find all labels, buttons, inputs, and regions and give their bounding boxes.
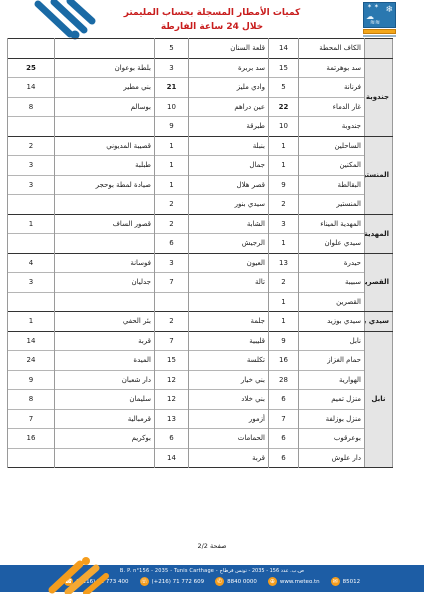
call-center-icon: ✆ (215, 577, 224, 586)
station-name-cell: المهدية الميناء (299, 214, 365, 234)
station-name-cell: سيدي علوان (299, 234, 365, 254)
station-name-cell: قربة (189, 448, 269, 468)
rainfall-value-cell: 1 (155, 175, 189, 195)
rainfall-value-cell: 28 (269, 370, 299, 390)
region-cell: المهدية (365, 214, 393, 253)
rainfall-value-cell: 6 (269, 448, 299, 468)
station-name-cell: سيدي بنور (189, 195, 269, 215)
station-name-cell: منزل بوزلفة (299, 409, 365, 429)
rainfall-value-cell: 8 (8, 97, 55, 117)
table-row: المهديةالمهدية الميناء3الشابة2قصور الساف… (8, 214, 393, 234)
rainfall-value-cell (8, 234, 55, 254)
emblem-orange-band (363, 29, 396, 34)
rainfall-value-cell: 7 (269, 409, 299, 429)
rainfall-value-cell: 3 (269, 214, 299, 234)
table-row: القصرين1 (8, 292, 393, 312)
fax-icon: ☏ (140, 577, 149, 586)
station-name-cell: سد بوهرتمة (299, 58, 365, 78)
table-row: البقالطة9قصر هلال1صيادة لمطة بوحجر3 (8, 175, 393, 195)
table-row: دار علوش6قربة14 (8, 448, 393, 468)
station-name-cell: بئر الحفي (55, 312, 155, 332)
stars-icon: ✶ ✶ (367, 4, 379, 10)
region-cell: جندوبة (365, 58, 393, 136)
region-cell: القصرين (365, 253, 393, 312)
station-name-cell: سد بربرة (189, 58, 269, 78)
station-name-cell: العيون (189, 253, 269, 273)
footer-contact-text: (+216) 71 772 609 (152, 579, 205, 585)
table-row: سبيبة2تالة7جدليان3 (8, 273, 393, 293)
table-row: منزل بوزلفة7أزمور13قرمبالية7 (8, 409, 393, 429)
rainfall-value-cell: 6 (155, 234, 189, 254)
rainfall-value-cell: 9 (269, 331, 299, 351)
footer-contact-text: 8840 0000 (227, 579, 257, 585)
rainfall-table-body: الكاف المحطة14قلعة السنان5جندوبةسد بوهرت… (8, 39, 393, 468)
title-line-1: كميات الأمطار المسجلة بحساب المليمتر (80, 7, 344, 21)
station-name-cell: بني خلاد (189, 390, 269, 410)
station-name-cell: منزل تميم (299, 390, 365, 410)
table-row: سيدي بوزيدسيدي بوزيد1جلمة2بئر الحفي1 (8, 312, 393, 332)
rainfall-value-cell: 9 (155, 117, 189, 137)
station-name-cell: قرمبالية (55, 409, 155, 429)
rainfall-value-cell: 2 (269, 273, 299, 293)
rainfall-value-cell: 12 (155, 370, 189, 390)
station-name-cell: أزمور (189, 409, 269, 429)
table-row: نابلنابل9قليبية7قربة14 (8, 331, 393, 351)
rainfall-value-cell: 2 (155, 214, 189, 234)
station-name-cell: بوسالم (55, 97, 155, 117)
table-row: بوعرقوب6الحمامات6بوكريم16 (8, 429, 393, 449)
inm-emblem-logo: ✶ ✶ ❄ ☁ ≋≋ (363, 2, 396, 42)
station-name-cell: الكاف المحطة (299, 39, 365, 59)
rainfall-value-cell: 2 (269, 195, 299, 215)
station-name-cell: القصرين (299, 292, 365, 312)
rainfall-value-cell: 8 (8, 390, 55, 410)
station-name-cell: طبلبة (55, 156, 155, 176)
rainfall-value-cell: 1 (8, 312, 55, 332)
station-name-cell: بوعرقوب (299, 429, 365, 449)
rainfall-value-cell: 15 (269, 58, 299, 78)
table-row: غار الدماء22عين دراهم10بوسالم8 (8, 97, 393, 117)
station-name-cell: وادي مليز (189, 78, 269, 98)
waves-icon: ≋≋ (370, 20, 380, 26)
station-name-cell: حمام الغزاز (299, 351, 365, 371)
rainfall-value-cell: 1 (269, 312, 299, 332)
region-cell (365, 39, 393, 59)
region-cell: سيدي بوزيد (365, 312, 393, 332)
bulletin-page: كميات الأمطار المسجلة بحساب المليمتر خلا… (0, 0, 424, 600)
station-name-cell: الساحلين (299, 136, 365, 156)
rainfall-value-cell: 3 (155, 58, 189, 78)
station-name-cell (55, 292, 155, 312)
station-name-cell: سيدي بوزيد (299, 312, 365, 332)
rainfall-value-cell: 5 (269, 78, 299, 98)
footer-contact-text: www.meteo.tn (280, 579, 320, 585)
rainfall-value-cell: 13 (269, 253, 299, 273)
footer-contact-item: ☏(+216) 71 772 609 (140, 577, 205, 586)
rainfall-value-cell: 6 (269, 390, 299, 410)
rainfall-value-cell: 22 (269, 97, 299, 117)
rainfall-table: الكاف المحطة14قلعة السنان5جندوبةسد بوهرت… (7, 38, 393, 468)
station-name-cell: الحمامات (189, 429, 269, 449)
rainfall-value-cell: 16 (8, 429, 55, 449)
table-row: جندوبة10طبرقة9 (8, 117, 393, 137)
station-name-cell: جندوبة (299, 117, 365, 137)
station-name-cell: تكلسة (189, 351, 269, 371)
station-name-cell: تالة (189, 273, 269, 293)
station-name-cell: بنبلة (189, 136, 269, 156)
rainfall-value-cell: 3 (8, 273, 55, 293)
region-cell: المنستير (365, 136, 393, 214)
rainfall-value-cell (8, 448, 55, 468)
station-name-cell: قصور الساف (55, 214, 155, 234)
rainfall-value-cell: 3 (8, 156, 55, 176)
station-name-cell: عين دراهم (189, 97, 269, 117)
footer-contact-item: ✉85012 (331, 577, 361, 586)
footer-contact-item: ⊕www.meteo.tn (268, 577, 320, 586)
station-name-cell: نابل (299, 331, 365, 351)
rainfall-value-cell: 10 (269, 117, 299, 137)
footer-contact-item: ✆8840 0000 (215, 577, 257, 586)
rainfall-value-cell (8, 292, 55, 312)
rainfall-value-cell: 12 (155, 390, 189, 410)
rainfall-value-cell (8, 195, 55, 215)
rainfall-value-cell: 7 (155, 273, 189, 293)
rainfall-value-cell: 2 (155, 195, 189, 215)
postal-icon: ✉ (331, 577, 340, 586)
rainfall-value-cell: 4 (8, 253, 55, 273)
rainfall-value-cell: 25 (8, 58, 55, 78)
table-row: سيدي علوان1الرجيش6 (8, 234, 393, 254)
station-name-cell: الهوارية (299, 370, 365, 390)
rainfall-value-cell: 6 (155, 429, 189, 449)
rainfall-value-cell: 1 (269, 234, 299, 254)
snowflake-icon: ❄ (385, 6, 393, 15)
station-name-cell: الميدة (55, 351, 155, 371)
rainfall-value-cell: 14 (155, 448, 189, 468)
station-name-cell (189, 292, 269, 312)
table-row: فرنانة5وادي مليز21بني مطير14 (8, 78, 393, 98)
rainfall-value-cell: 5 (155, 39, 189, 59)
region-cell: نابل (365, 331, 393, 468)
rainfall-value-cell: 1 (269, 156, 299, 176)
rainfall-value-cell: 9 (269, 175, 299, 195)
station-name-cell: جمال (189, 156, 269, 176)
station-name-cell: المنستير (299, 195, 365, 215)
rainfall-value-cell: 21 (155, 78, 189, 98)
table-row: حمام الغزاز16تكلسة15الميدة24 (8, 351, 393, 371)
emblem-caption-strip (363, 35, 396, 37)
station-name-cell: دار علوش (299, 448, 365, 468)
station-name-cell: غار الدماء (299, 97, 365, 117)
table-row: الهوارية28بني خيار12دار شعبان9 (8, 370, 393, 390)
rainfall-value-cell: 15 (155, 351, 189, 371)
rainfall-value-cell: 1 (8, 214, 55, 234)
station-name-cell: الشابة (189, 214, 269, 234)
rainfall-value-cell: 3 (8, 175, 55, 195)
table-row: القصرينحيدرة13العيون3فوسانة4 (8, 253, 393, 273)
table-row: المنستيرالساحلين1بنبلة1قصيبة المديوني2 (8, 136, 393, 156)
station-name-cell: حيدرة (299, 253, 365, 273)
station-name-cell: قربة (55, 331, 155, 351)
station-name-cell: بلطة بوعوان (55, 58, 155, 78)
station-name-cell (55, 39, 155, 59)
table-row: منزل تميم6بني خلاد12سليمان8 (8, 390, 393, 410)
rainfall-value-cell: 1 (155, 136, 189, 156)
station-name-cell: قصيبة المديوني (55, 136, 155, 156)
footer-contact-text: 85012 (343, 579, 361, 585)
rainfall-value-cell: 9 (8, 370, 55, 390)
rainfall-value-cell: 1 (155, 156, 189, 176)
page-number: صفحة 2/2 (0, 542, 424, 550)
station-name-cell: طبرقة (189, 117, 269, 137)
station-name-cell: قصر هلال (189, 175, 269, 195)
table-row: المنستير2سيدي بنور2 (8, 195, 393, 215)
rainfall-value-cell: 6 (269, 429, 299, 449)
station-name-cell: قلعة السنان (189, 39, 269, 59)
station-name-cell: جلمة (189, 312, 269, 332)
globe-icon: ⊕ (268, 577, 277, 586)
station-name-cell: فوسانة (55, 253, 155, 273)
emblem-illustration-icon: ✶ ✶ ❄ ☁ ≋≋ (363, 2, 396, 28)
table-row: جندوبةسد بوهرتمة15سد بربرة3بلطة بوعوان25 (8, 58, 393, 78)
station-name-cell: البقالطة (299, 175, 365, 195)
rainfall-value-cell: 7 (8, 409, 55, 429)
table-row: المكنين1جمال1طبلبة3 (8, 156, 393, 176)
table-row: الكاف المحطة14قلعة السنان5 (8, 39, 393, 59)
station-name-cell: صيادة لمطة بوحجر (55, 175, 155, 195)
rainfall-value-cell: 1 (269, 136, 299, 156)
station-name-cell: الرجيش (189, 234, 269, 254)
station-name-cell: المكنين (299, 156, 365, 176)
station-name-cell: بني مطير (55, 78, 155, 98)
rainfall-value-cell: 14 (8, 78, 55, 98)
station-name-cell (55, 117, 155, 137)
rainfall-value-cell: 16 (269, 351, 299, 371)
rainfall-value-cell: 2 (155, 312, 189, 332)
rainfall-value-cell: 14 (8, 331, 55, 351)
station-name-cell: جدليان (55, 273, 155, 293)
page-title: كميات الأمطار المسجلة بحساب المليمتر خلا… (80, 7, 344, 35)
rainfall-value-cell: 3 (155, 253, 189, 273)
station-name-cell: بوكريم (55, 429, 155, 449)
rainfall-value-cell (8, 117, 55, 137)
title-line-2: خلال 24 ساعة الفارطة (80, 21, 344, 35)
station-name-cell: فرنانة (299, 78, 365, 98)
station-name-cell (55, 234, 155, 254)
rainfall-value-cell: 14 (269, 39, 299, 59)
station-name-cell (55, 195, 155, 215)
rainfall-value-cell (155, 292, 189, 312)
rainfall-value-cell: 10 (155, 97, 189, 117)
station-name-cell: بني خيار (189, 370, 269, 390)
rainfall-value-cell (8, 39, 55, 59)
rainfall-value-cell: 13 (155, 409, 189, 429)
station-name-cell: سبيبة (299, 273, 365, 293)
rainfall-value-cell: 1 (269, 292, 299, 312)
rainfall-value-cell: 2 (8, 136, 55, 156)
footer-stripes-icon (46, 552, 116, 594)
rainfall-value-cell: 7 (155, 331, 189, 351)
station-name-cell: سليمان (55, 390, 155, 410)
station-name-cell (55, 448, 155, 468)
station-name-cell: قليبية (189, 331, 269, 351)
rainfall-value-cell: 24 (8, 351, 55, 371)
station-name-cell: دار شعبان (55, 370, 155, 390)
